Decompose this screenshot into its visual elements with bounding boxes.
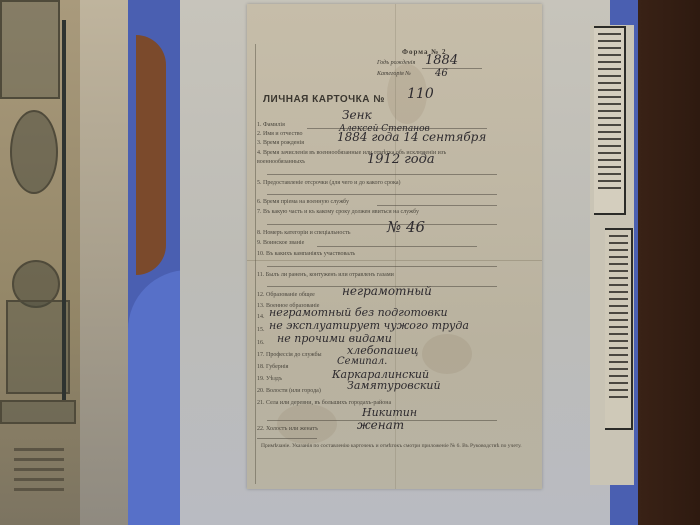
certificate-border <box>62 20 66 400</box>
card-title: ЛИЧНАЯ КАРТОЧКА № <box>263 94 385 105</box>
field-marital-status: 22. Холостъ или женатъ <box>257 426 318 432</box>
field-15: 15. <box>257 327 265 333</box>
card-number: 110 <box>407 86 434 102</box>
field-profession: 17. Профессія до службы <box>257 352 322 358</box>
birth-year-value: 1884 <box>425 53 458 68</box>
surname-value: Зенк <box>342 108 372 122</box>
newspaper-column-top <box>594 26 626 215</box>
field-name: 2. Имя и отчество <box>257 131 303 137</box>
certificate-engraving-panel <box>0 0 60 99</box>
education-value: неграмотный <box>342 284 432 298</box>
field-14: 14. <box>257 314 265 320</box>
field-wounded: 11. Былъ ли раненъ, контуженъ или отравл… <box>257 272 394 278</box>
field-deferment: 5. Предоставленіе отсрочки (для чего и д… <box>257 180 400 186</box>
field-district: 19. Уѣздъ <box>257 376 282 382</box>
field-14-value: неграмотный без подготовки <box>269 306 448 319</box>
category-value: 46 <box>435 68 448 79</box>
certificate-ornament-icon <box>10 110 58 194</box>
field-campaigns: 10. Въ какихъ кампаніяхъ участвовалъ <box>257 251 355 257</box>
field-province: 18. Губернія <box>257 364 288 370</box>
marital-status-value: женат <box>357 418 404 432</box>
card-footnote: Примѣчаніе. Указанія по составленію карт… <box>261 442 531 450</box>
category-specialty-value: № 46 <box>387 218 425 236</box>
field-unit: 7. Въ какую часть и къ какому сроку долж… <box>257 209 419 215</box>
mat-light-reflection <box>128 270 188 525</box>
field-service-date: 6. Время пріема на военную службу <box>257 199 349 205</box>
field-rank: 9. Воинское званіе <box>257 240 304 246</box>
birth-year-label: Годъ рожденія <box>377 60 415 66</box>
field-16: 16. <box>257 340 265 346</box>
field-volost: 20. Волости (или города) <box>257 388 321 394</box>
newspaper-column-bottom <box>605 228 633 430</box>
field-surname: 1. Фамилія <box>257 122 285 128</box>
photo-scene: Форма № 2 Годъ рожденія 1884 Категорія №… <box>0 0 700 525</box>
personal-card: Форма № 2 Годъ рожденія 1884 Категорія №… <box>247 4 542 489</box>
field-education: 12. Образованіе общее <box>257 292 315 298</box>
certificate-plaque <box>0 400 76 424</box>
field-15-value: не эксплуатирует чужого труда <box>269 319 469 332</box>
province-value: Семипал. <box>337 356 387 367</box>
enlistment-value: 1912 года <box>367 152 435 167</box>
margin-line <box>255 44 256 484</box>
ornate-certificate <box>0 0 80 525</box>
category-label: Категорія № <box>377 71 411 77</box>
mat-cutout <box>136 35 166 275</box>
field-birth-date: 3. Время рожденія <box>257 140 304 146</box>
field-category: 8. Номеръ категоріи и спеціальность <box>257 230 351 236</box>
certificate-figure-panel <box>6 300 70 394</box>
volost-value: Замятуровский <box>347 379 441 392</box>
birth-date-value: 1884 года 14 сентября <box>337 130 486 144</box>
